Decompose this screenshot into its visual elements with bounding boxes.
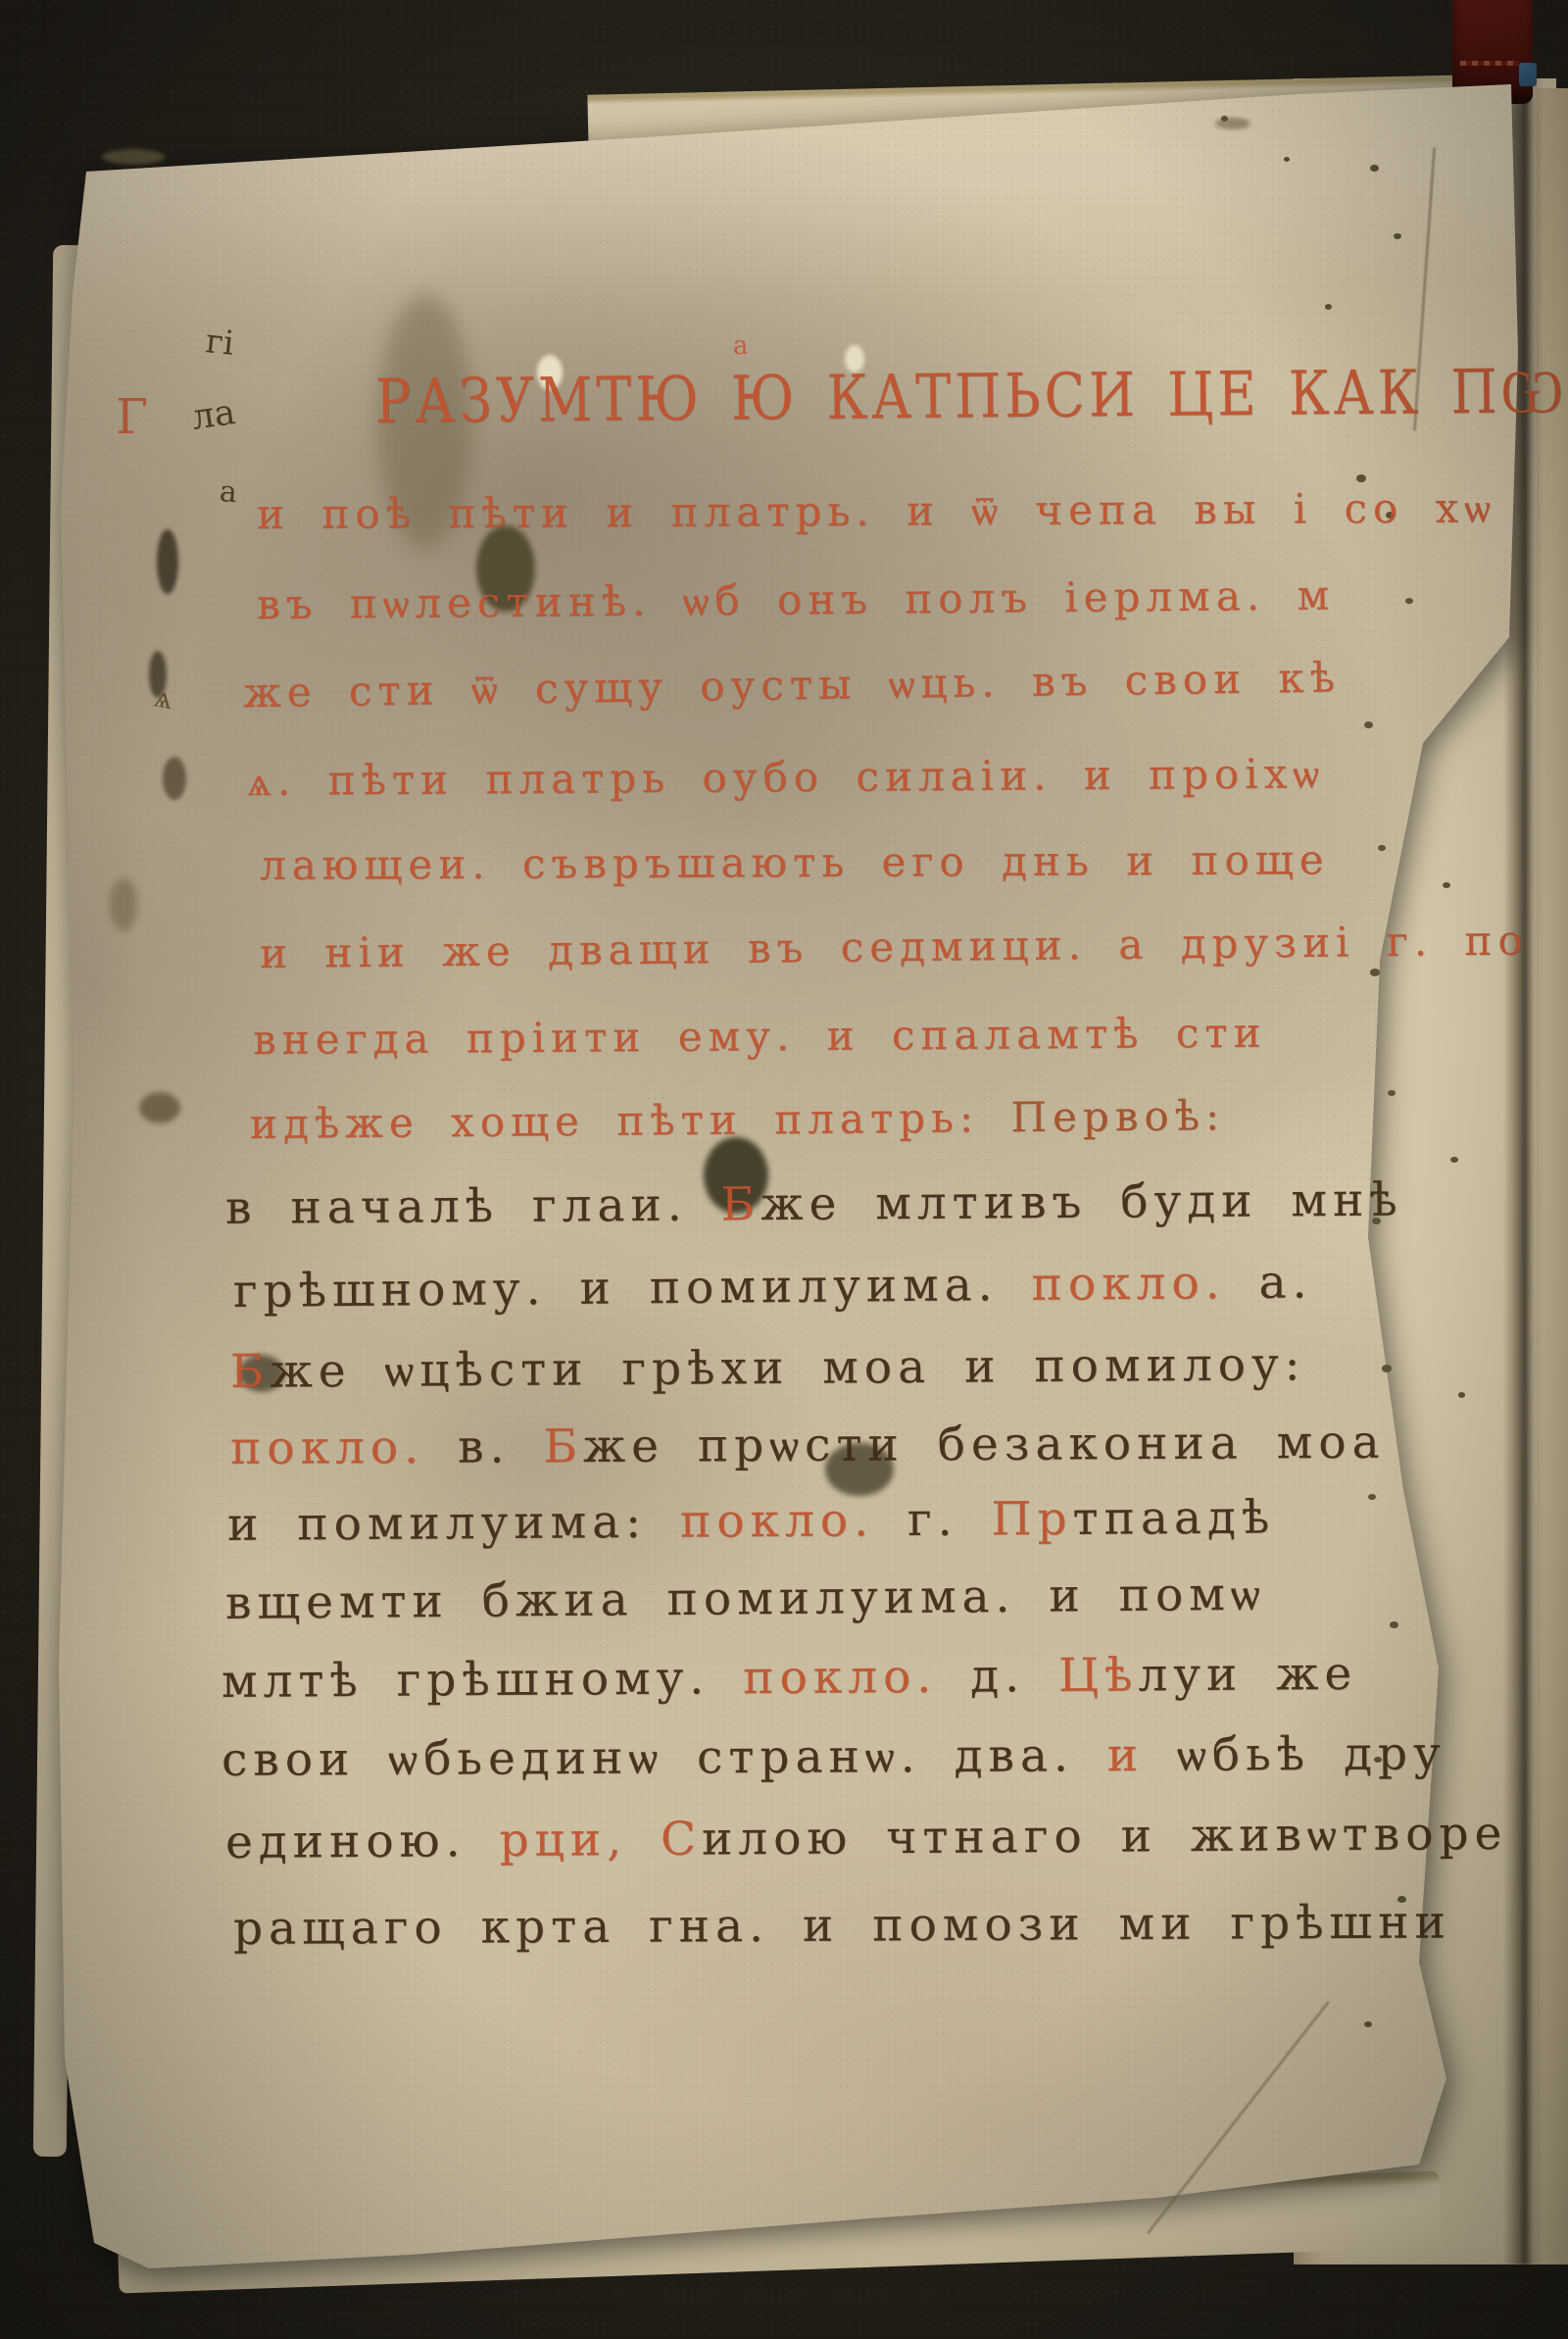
rubric-text: РАЗУМТЮ Ю КАТПЬСИ ЦЕ КАК ПѠДѢАЕТЬ	[375, 353, 1568, 436]
wormhole	[1356, 474, 1366, 482]
wormhole	[1221, 116, 1228, 122]
ink-text: же ѡцѣсти грѣхи моа и помилоу:	[269, 1337, 1305, 1398]
ink-text: тпаадѣ	[1072, 1491, 1275, 1546]
stain-spot	[110, 878, 137, 931]
manuscript-text-line: въ пѡлестинѣ. ѡб онъ полъ іерлма. м	[257, 571, 1336, 629]
manuscript-text-line: и поѣ пѣти и платрь. и ѿ чепа вы і со хѡ	[257, 483, 1496, 539]
ink-text: Первоѣ:	[1010, 1091, 1225, 1141]
ink-text: луи же	[1138, 1647, 1357, 1703]
stain-spot	[139, 1092, 180, 1123]
manuscript-text-line: в началѣ глаи. Бже млтивъ буди мнѣ	[225, 1173, 1403, 1235]
manuscript-text-line: внегда пріити ему. и спаламтѣ сти	[253, 1009, 1267, 1064]
rubric-text: Цѣ	[1058, 1648, 1139, 1703]
ink-text: ращаго крта гна. и помози ми грѣшни	[233, 1895, 1451, 1956]
rubric-title-line: РАЗУМТЮ Ю КАТПЬСИ ЦЕ КАК ПѠДѢАЕТЬ	[375, 353, 1568, 436]
rubric-text: рци, С	[499, 1813, 702, 1867]
ink-text: в.	[458, 1419, 544, 1473]
rubric-text: внегда пріити ему. и спаламтѣ сти	[253, 1009, 1267, 1064]
rubric-text: покло.	[1031, 1256, 1259, 1312]
manuscript-text-line: покло. в. Бже прѡсти безакониа моа	[230, 1416, 1386, 1475]
rubric-text: Б	[230, 1345, 270, 1399]
rubric-text: и	[1107, 1728, 1145, 1782]
margin-note: гі	[204, 322, 236, 364]
photo-backdrop: РАЗУМТЮ Ю КАТПЬСИ ЦЕ КАК ПѠДѢАЕТЬи поѣ п…	[0, 0, 1568, 2339]
stain-spot	[157, 529, 178, 594]
wormhole	[1325, 304, 1332, 310]
ink-text: илою чтнаго и живѡтворе	[702, 1807, 1508, 1866]
wormhole	[1370, 969, 1380, 976]
manuscript-text-line: ращаго крта гна. и помози ми грѣшни	[233, 1895, 1451, 1956]
margin-note: а	[733, 331, 749, 361]
manuscript-text-line: вщемти бжиа помилуима. и помѡ	[225, 1568, 1266, 1630]
ink-text: г.	[907, 1493, 992, 1548]
manuscript-text-line: и помилуима: покло. г. Пртпаадѣ	[227, 1491, 1276, 1552]
margin-note: Г	[116, 388, 148, 445]
margin-note: ла	[189, 392, 238, 438]
rubric-text: Б	[720, 1177, 760, 1231]
ink-text: млтѣ грѣшному.	[221, 1651, 744, 1709]
rubric-text: покло.	[230, 1420, 458, 1475]
rubric-text: Б	[543, 1419, 583, 1473]
manuscript-text-line: единою. рци, Силою чтнаго и живѡтворе	[225, 1807, 1508, 1869]
wormhole	[1458, 1392, 1465, 1398]
stain-spot	[102, 149, 165, 165]
manuscript-leaf	[0, 0, 1568, 2339]
ink-text: же прѡсти безакониа моа	[583, 1416, 1386, 1473]
rubric-text: лающеи. съвръшають его днь и поще	[260, 835, 1330, 889]
ink-text: же млтивъ буди мнѣ	[760, 1173, 1403, 1232]
rubric-text: покло.	[680, 1493, 907, 1549]
manuscript-text-line: идѣже хоще пѣти платрь: Первоѣ:	[250, 1091, 1226, 1148]
ink-text: д.	[970, 1649, 1058, 1704]
manuscript-text-line: млтѣ грѣшному. покло. д. Цѣлуи же	[221, 1647, 1358, 1709]
ink-text: свои ѡбьединѡ странѡ. два.	[221, 1728, 1107, 1787]
rubric-text: Пр	[991, 1492, 1072, 1547]
wormhole	[1284, 157, 1290, 162]
ink-text: вщемти бжиа помилуима. и помѡ	[225, 1568, 1266, 1630]
manuscript-text-line: ѧ. пѣти платрь оубо силаіи. и проіхѡ	[247, 749, 1325, 806]
stain-spot	[163, 757, 186, 800]
ink-text: ѡбьѣ дру	[1144, 1726, 1446, 1782]
ink-text: и помилуима:	[227, 1495, 680, 1552]
wormhole	[1382, 1365, 1392, 1372]
manuscript-text-line: Бже ѡцѣсти грѣхи моа и помилоу:	[230, 1337, 1306, 1399]
rubric-text: въ пѡлестинѣ. ѡб онъ полъ іерлма. м	[257, 571, 1336, 628]
manuscript-leaf-wrap	[0, 0, 1568, 2339]
rubric-text: покло.	[743, 1650, 970, 1706]
ink-text: грѣшному. и помилуима.	[233, 1258, 1032, 1319]
rubric-text: идѣже хоще пѣти платрь:	[250, 1093, 1011, 1148]
ink-text: в началѣ глаи.	[225, 1177, 721, 1235]
manuscript-text-line: грѣшному. и помилуима. покло. а.	[233, 1255, 1313, 1319]
manuscript-text-line: свои ѡбьединѡ странѡ. два. и ѡбьѣ дру	[221, 1726, 1446, 1787]
ink-text: а.	[1258, 1255, 1312, 1309]
manuscript-text-line: лающеи. съвръшають его днь и поще	[260, 835, 1330, 889]
margin-note: а	[219, 474, 238, 510]
rubric-text: и поѣ пѣти и платрь. и ѿ чепа вы і со хѡ	[257, 483, 1496, 538]
ink-text: единою.	[225, 1814, 500, 1869]
rubric-text: ѧ. пѣти платрь оубо силаіи. и проіхѡ	[247, 749, 1325, 805]
